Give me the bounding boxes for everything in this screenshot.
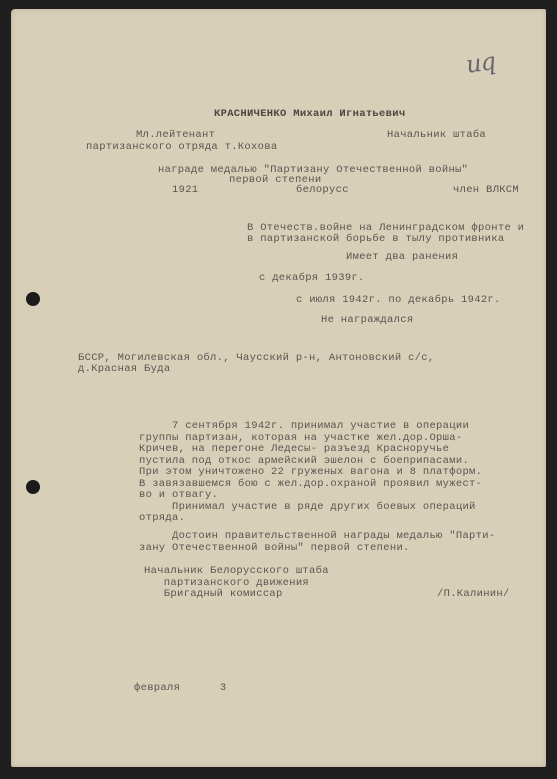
unit: партизанского отряда т.Кохова	[86, 142, 277, 153]
wounds: Имеет два ранения	[346, 252, 458, 263]
signatory-line: Бригадный комиссар	[144, 589, 329, 601]
document-page: иq КРАСНИЧЕНКО Михаил Игнатьевич Мл.лейт…	[11, 9, 546, 767]
service-line-2: в партизанской борьбе в тылу противника	[247, 234, 504, 245]
narrative: 7 сентября 1942г. принимал участие в опе…	[139, 421, 482, 525]
address-line-2: д.Красная Буда	[78, 364, 170, 375]
nationality: белорусс	[296, 185, 349, 196]
since-1: с декабря 1939г.	[259, 273, 365, 284]
recommendation: Достоин правительственной награды медаль…	[139, 531, 495, 554]
recommendation-line: зану Отечественной войны" первой степени…	[139, 543, 495, 555]
narrative-line: Кричев, на перегоне Ледесы- разъезд Крас…	[139, 444, 482, 456]
signature: /П.Калинин/	[437, 589, 510, 600]
not-awarded: Не награждался	[321, 315, 413, 326]
narrative-line: При этом уничтожено 22 груженых вагона и…	[139, 467, 482, 479]
birth-year: 1921	[172, 185, 198, 196]
narrative-line: Принимал участие в ряде других боевых оп…	[139, 502, 482, 514]
person-name: КРАСНИЧЕНКО Михаил Игнатьевич	[214, 109, 405, 120]
narrative-line: отряда.	[139, 513, 482, 525]
punch-hole-top	[26, 292, 40, 306]
since-2: с июля 1942г. по декабрь 1942г.	[296, 295, 501, 306]
recommendation-line: Достоин правительственной награды медаль…	[139, 531, 495, 543]
party-membership: член ВЛКСМ	[453, 185, 519, 196]
rank: Мл.лейтенант	[136, 130, 215, 141]
signatory-block: Начальник Белорусского штаба партизанско…	[144, 566, 329, 601]
punch-hole-bottom	[26, 480, 40, 494]
archive-handwritten-mark: иq	[464, 47, 496, 79]
signatory-line: Начальник Белорусского штаба	[144, 566, 329, 578]
narrative-line: 7 сентября 1942г. принимал участие в опе…	[139, 421, 482, 433]
date: февраля 3	[134, 683, 226, 694]
narrative-line: во и отвагу.	[139, 490, 482, 502]
position: Начальник штаба	[387, 130, 486, 141]
